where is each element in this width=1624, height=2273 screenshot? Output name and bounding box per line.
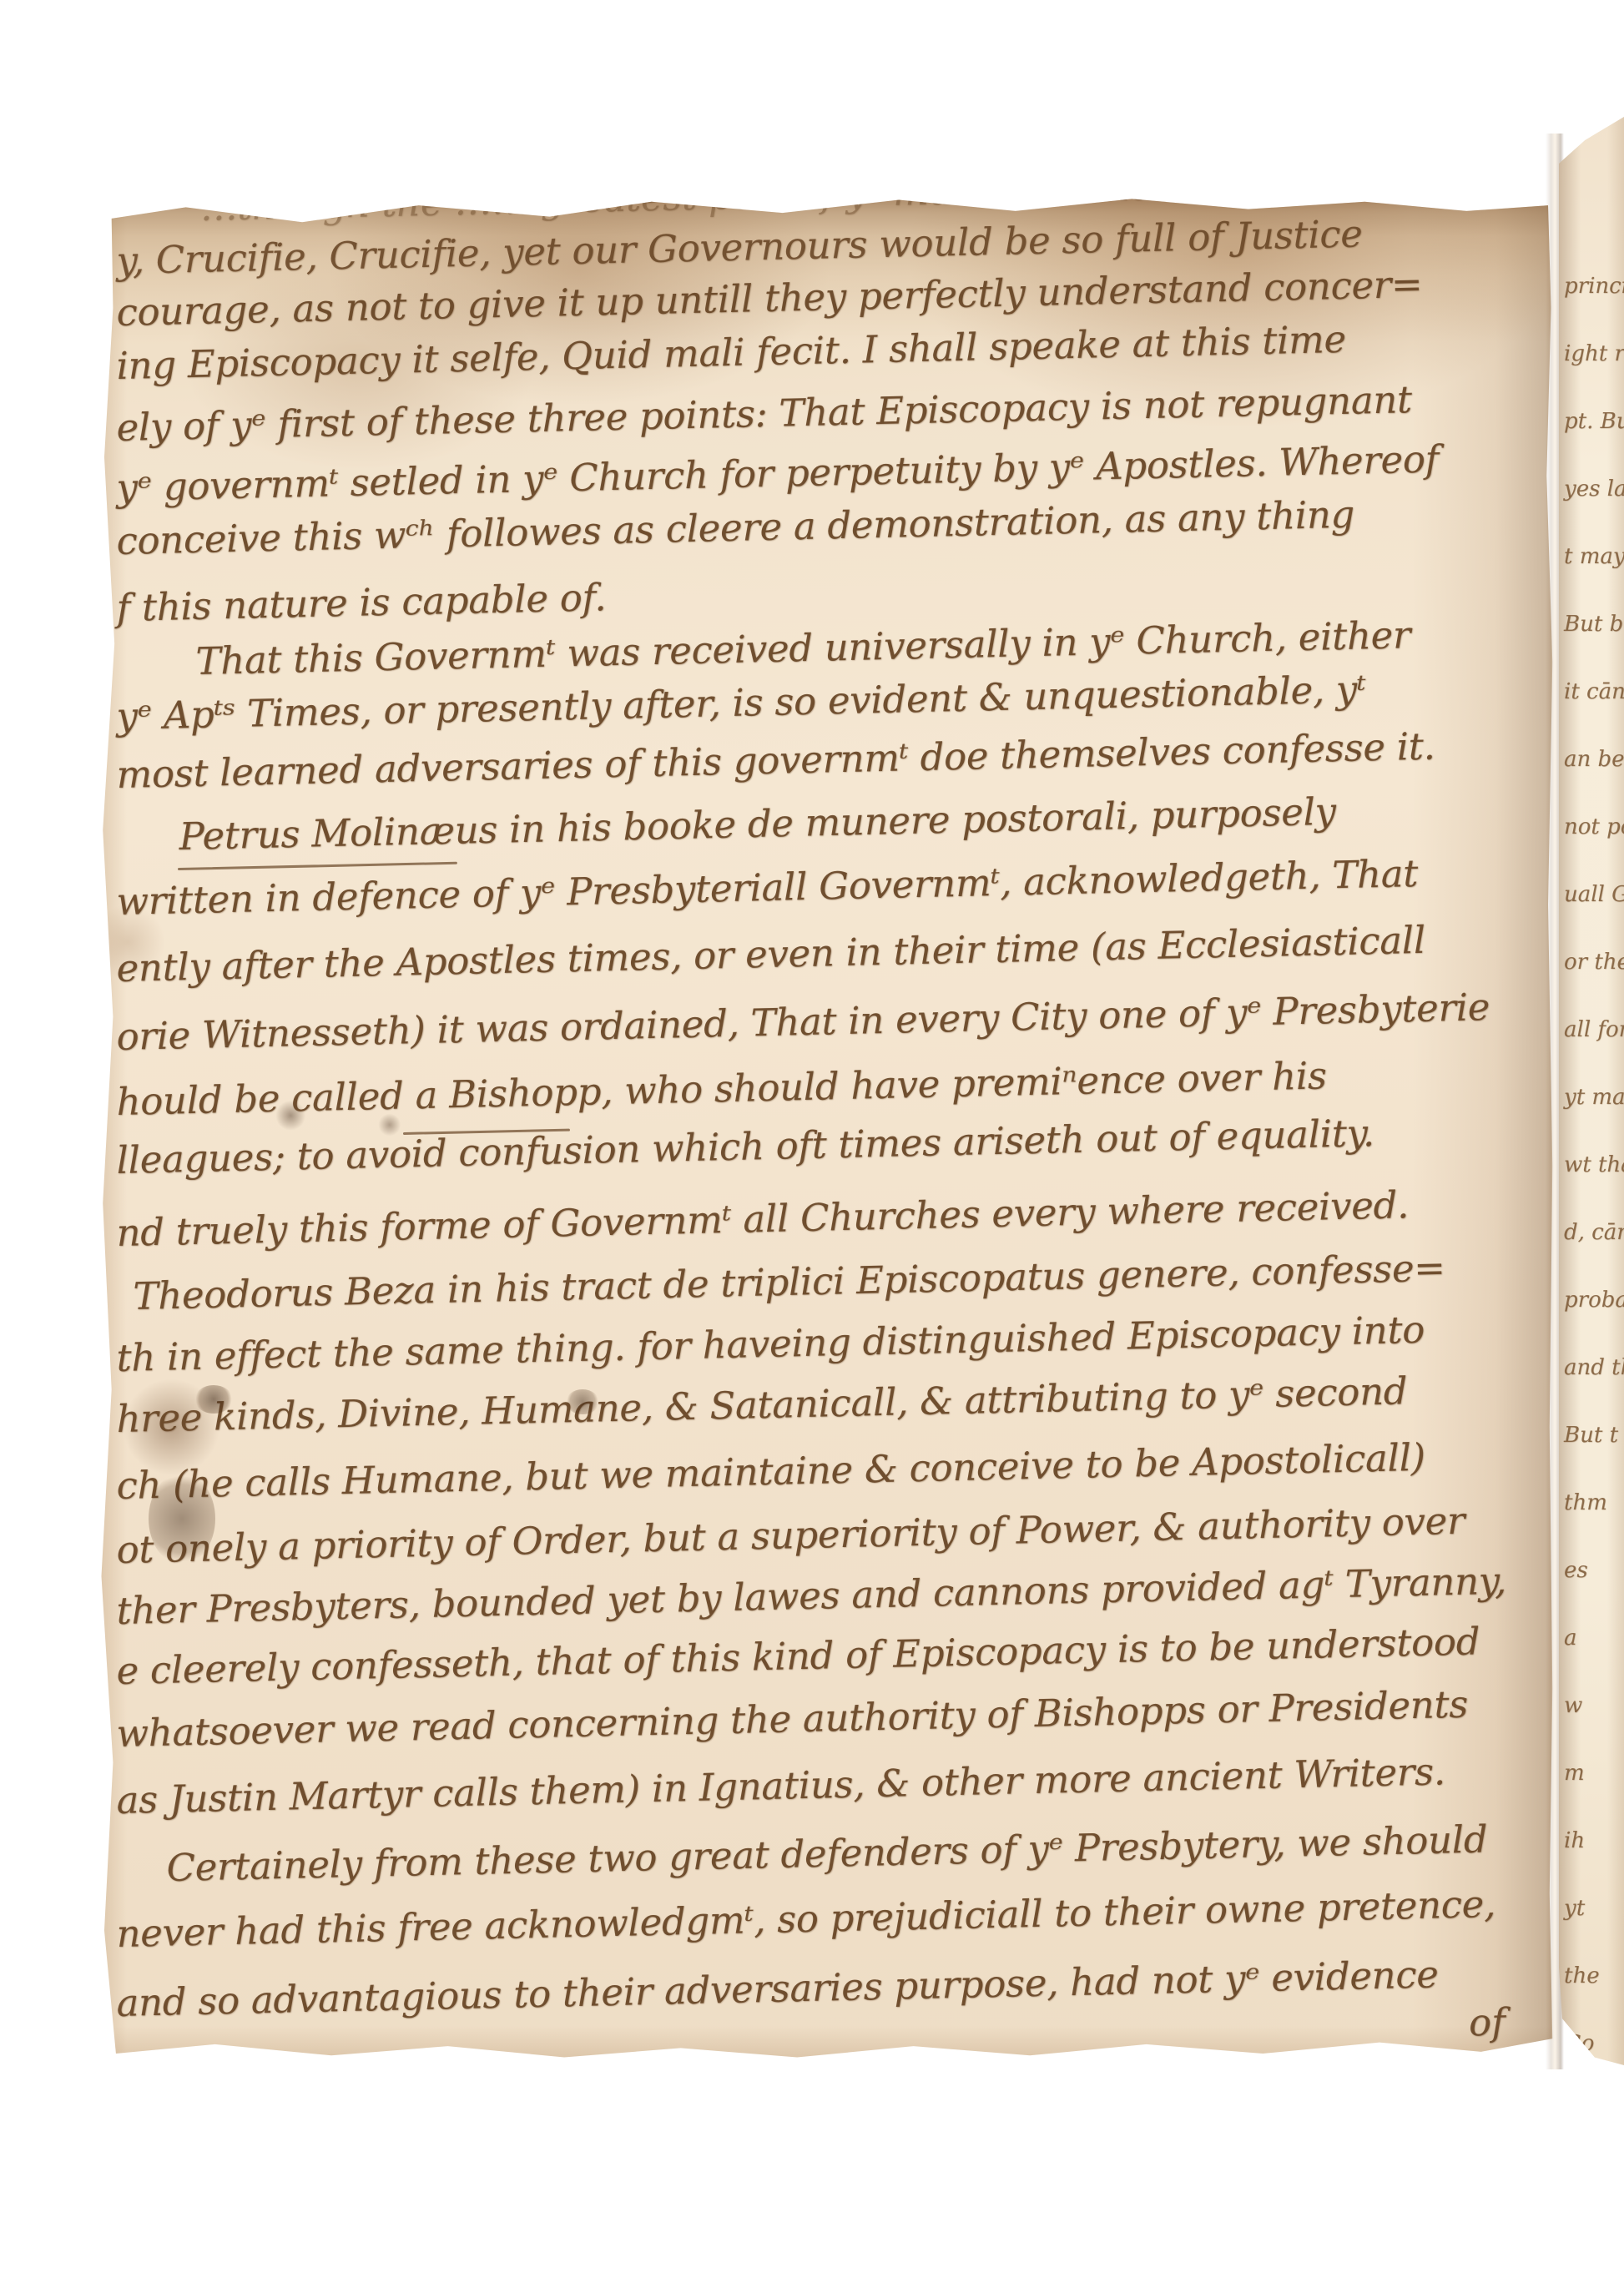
manuscript-line: never had this free acknowledgmᵗ, so pre… bbox=[116, 1885, 1495, 1953]
manuscript-line: …though the …… greatest part of yᵉ multi… bbox=[199, 167, 1212, 226]
facing-page-line-fragment: and th bbox=[1564, 1357, 1624, 1378]
manuscript-line: nd truely this forme of Governmᵗ all Chu… bbox=[116, 1186, 1409, 1252]
ink-blot bbox=[566, 1389, 599, 1414]
underline-petrus-molinaeus bbox=[178, 862, 457, 870]
catchword: of bbox=[1468, 2003, 1505, 2041]
manuscript-line: and so advantagious to their adversaries… bbox=[116, 1955, 1439, 2022]
facing-page-line-fragment: the bbox=[1564, 1965, 1600, 1987]
manuscript-line: as Justin Martyr calls them) in Ignatius… bbox=[116, 1752, 1445, 1819]
manuscript-line: whatsoever we read concerning the author… bbox=[116, 1686, 1468, 1752]
facing-page-line-fragment: all for n bbox=[1564, 1019, 1624, 1041]
manuscript-line: Petrus Molinæus in his booke de munere p… bbox=[179, 793, 1336, 855]
manuscript-line: lleagues; to avoid confusion which oft t… bbox=[116, 1114, 1374, 1179]
facing-page-line-fragment: But t bbox=[1564, 1424, 1618, 1446]
facing-page-line-fragment: w bbox=[1564, 1695, 1582, 1716]
manuscript-line: orie Witnesseth) it was ordained, That i… bbox=[116, 988, 1490, 1056]
facing-page-line-fragment: it cānot q bbox=[1564, 681, 1624, 703]
manuscript-line: ch (he calls Humane, but we maintaine & … bbox=[116, 1439, 1425, 1504]
facing-page-line-fragment: an be gr bbox=[1564, 748, 1624, 770]
ink-blot bbox=[149, 1473, 215, 1565]
manuscript-line: f this nature is capable of. bbox=[116, 578, 607, 627]
manuscript-line: Certainely from these two great defender… bbox=[166, 1820, 1488, 1887]
facing-page-line-fragment: Go bbox=[1564, 2033, 1594, 2054]
ink-blot bbox=[194, 1385, 233, 1414]
facing-page-line-fragment: m bbox=[1564, 1762, 1585, 1784]
photo-backdrop: …though the …… greatest part of yᵉ multi… bbox=[0, 0, 1624, 2273]
manuscript-line: ely of yᵉ first of these three points: T… bbox=[116, 381, 1412, 446]
manuscript-line: th in effect the same thing. for haveing… bbox=[116, 1311, 1425, 1377]
manuscript-line: hould be called a Bishopp, who should ha… bbox=[116, 1056, 1327, 1121]
manuscript-page: …though the …… greatest part of yᵉ multi… bbox=[98, 196, 1554, 2061]
facing-page-line-fragment: d, cān bbox=[1564, 1222, 1624, 1243]
manuscript-line: e cleerely confesseth, that of this kind… bbox=[116, 1622, 1480, 1690]
facing-page-line-fragment: t may wh bbox=[1564, 546, 1624, 567]
facing-page-edge: principlight re gpt. But wyes law wt may… bbox=[1559, 117, 1624, 2065]
manuscript-line: Theodorus Beza in his tract de triplici … bbox=[133, 1249, 1445, 1315]
manuscript-line: ther Presbyters, bounded yet by lawes an… bbox=[116, 1562, 1506, 1630]
facing-page-line-fragment: pt. But w bbox=[1564, 411, 1624, 432]
manuscript-line: ently after the Apostles times, or even … bbox=[116, 921, 1425, 987]
manuscript-line: ot onely a priority of Order, but a supe… bbox=[116, 1502, 1465, 1569]
facing-page-line-fragment: yt ma bbox=[1564, 1086, 1624, 1108]
facing-page-line-fragment: ight re g bbox=[1564, 343, 1624, 365]
facing-page-line-fragment: yt bbox=[1564, 1898, 1585, 1919]
facing-page-line-fragment: not pol bbox=[1564, 816, 1624, 838]
facing-page-line-fragment: or the bbox=[1564, 951, 1624, 973]
facing-page-line-fragment: But being bbox=[1564, 613, 1624, 635]
facing-page-line-fragment: uall G bbox=[1564, 884, 1624, 905]
facing-page-line-fragment: ih bbox=[1564, 1830, 1585, 1852]
facing-page-line-fragment: yes law w bbox=[1564, 478, 1624, 500]
facing-page-line-fragment: wt that bbox=[1564, 1154, 1624, 1176]
manuscript-line: hree kinds, Divine, Humane, & Satanicall… bbox=[116, 1372, 1408, 1438]
facing-page-line-fragment: probab bbox=[1564, 1289, 1624, 1311]
facing-page-line-fragment: thm bbox=[1564, 1492, 1607, 1514]
facing-page-line-fragment: principl bbox=[1564, 275, 1624, 297]
facing-page-line-fragment: a bbox=[1564, 1627, 1577, 1649]
manuscript-line: most learned adversaries of this governm… bbox=[116, 728, 1435, 794]
facing-page-line-fragment: es bbox=[1564, 1560, 1588, 1581]
